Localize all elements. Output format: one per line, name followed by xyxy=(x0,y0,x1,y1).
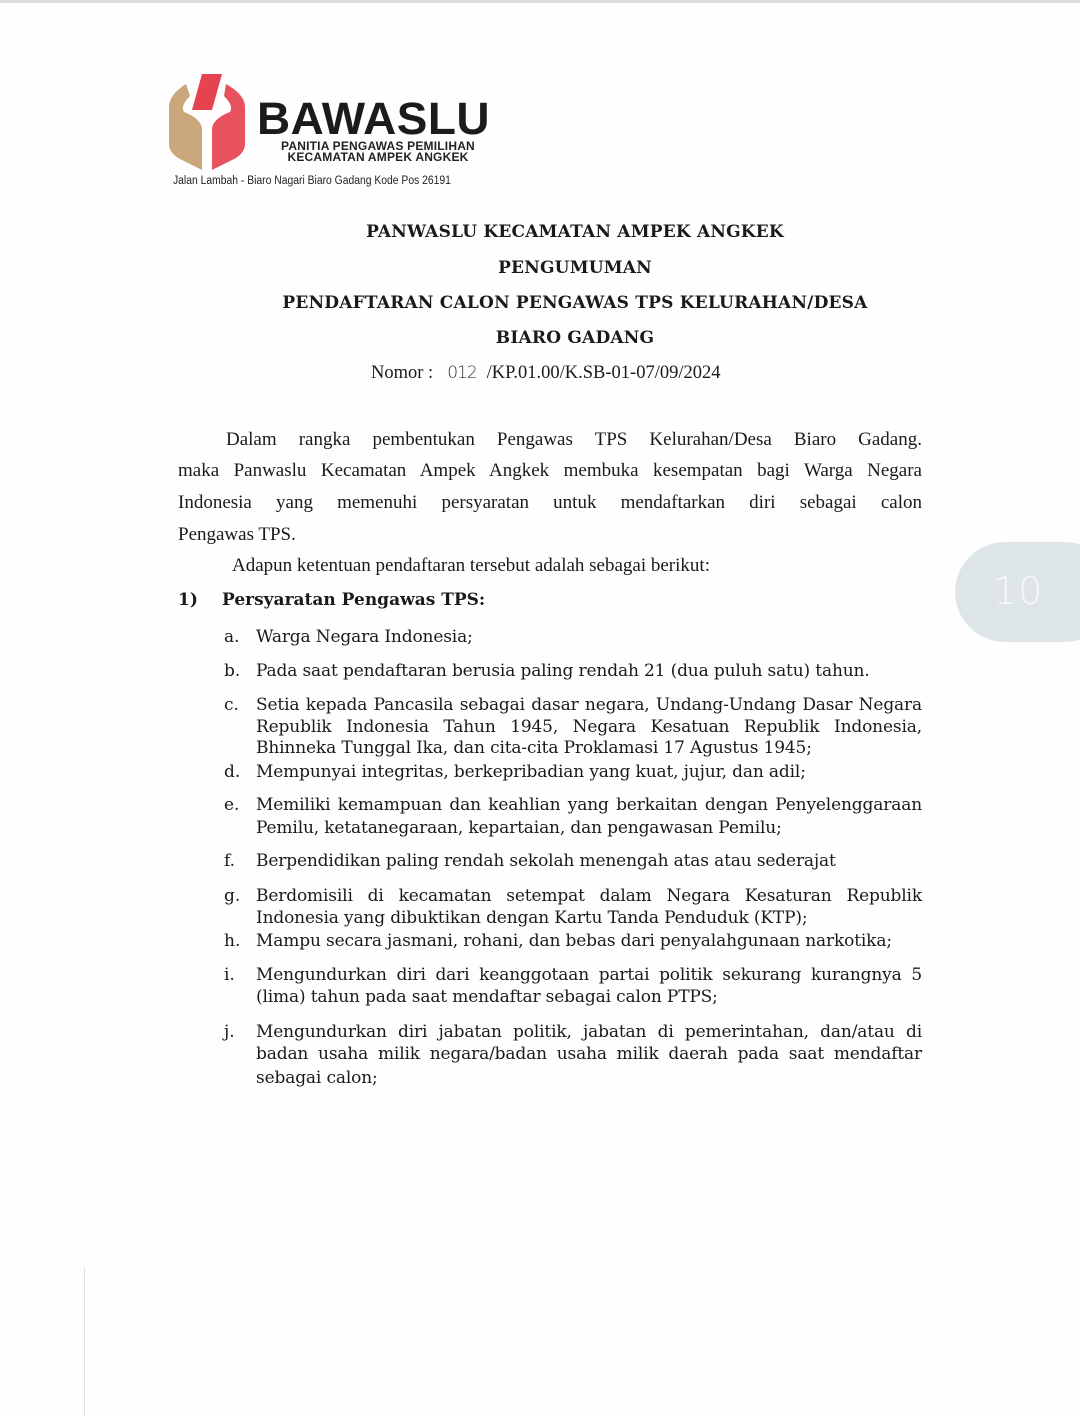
item-letter: d. xyxy=(224,761,240,783)
nomor-value: /KP.01.00/K.SB-01-07/09/2024 xyxy=(487,363,721,383)
paragraph-line: Pengawas TPS. xyxy=(178,524,922,546)
title-org: PANWASLU KECAMATAN AMPEK ANGKEK xyxy=(200,222,950,242)
title-announcement: PENGUMUMAN xyxy=(200,258,950,278)
section-title: Persyaratan Pengawas TPS: xyxy=(222,590,485,610)
requirement-item-line: Berpendidikan paling rendah sekolah mene… xyxy=(256,850,922,872)
paragraph-line: Dalam rangka pembentukan Pengawas TPS Ke… xyxy=(226,429,922,451)
paragraph-line: maka Panwaslu Kecamatan Ampek Angkek mem… xyxy=(178,460,922,482)
title-subject: PENDAFTARAN CALON PENGAWAS TPS KELURAHAN… xyxy=(200,293,950,313)
item-letter: j. xyxy=(224,1021,235,1043)
address: Jalan Lambah - Biaro Nagari Biaro Gadang… xyxy=(173,175,451,187)
title-location: BIARO GADANG xyxy=(200,328,950,348)
requirement-item-line: Indonesia yang dibuktikan dengan Kartu T… xyxy=(256,907,922,929)
requirement-item-line: Setia kepada Pancasila sebagai dasar neg… xyxy=(256,694,922,716)
bawaslu-logo-icon xyxy=(166,72,248,170)
requirement-item-line: Berdomisili di kecamatan setempat dalam … xyxy=(256,885,922,907)
requirement-item-line: Mengundurkan diri dari keanggotaan parta… xyxy=(256,964,922,986)
requirement-item-line: badan usaha milik negara/badan usaha mil… xyxy=(256,1043,922,1065)
requirement-item-line: Pemilu, ketatanegaraan, kepartaian, dan … xyxy=(256,817,922,839)
paragraph-intro: Adapun ketentuan pendaftaran tersebut ad… xyxy=(232,555,928,577)
requirement-item-line: Memiliki kemampuan dan keahlian yang ber… xyxy=(256,794,922,816)
item-letter: h. xyxy=(224,930,240,952)
brand-name: BAWASLU xyxy=(257,96,490,142)
requirement-item-line: Bhinneka Tunggal Ika, dan cita-cita Prok… xyxy=(256,737,922,759)
requirement-item-line: Mengundurkan diri jabatan politik, jabat… xyxy=(256,1021,922,1043)
document-number: Nomor :012/KP.01.00/K.SB-01-07/09/2024 xyxy=(371,363,720,384)
viewer-top-edge xyxy=(0,0,1080,3)
paragraph-line: Indonesia yang memenuhi persyaratan untu… xyxy=(178,492,922,514)
page-number-badge: 10 xyxy=(955,542,1080,642)
item-letter: a. xyxy=(224,626,240,648)
item-letter: b. xyxy=(224,660,240,682)
item-letter: f. xyxy=(224,850,235,872)
scan-edge-line xyxy=(84,1268,85,1416)
section-number: 1) xyxy=(178,590,198,610)
item-letter: g. xyxy=(224,885,240,907)
requirement-item-line: Mampu secara jasmani, rohani, dan bebas … xyxy=(256,930,922,952)
requirement-item-line: Republik Indonesia Tahun 1945, Negara Ke… xyxy=(256,716,922,738)
requirement-item-line: Pada saat pendaftaran berusia paling ren… xyxy=(256,660,922,682)
requirement-item-line: Mempunyai integritas, berkepribadian yan… xyxy=(256,761,922,783)
page-number: 10 xyxy=(993,569,1043,613)
item-letter: i. xyxy=(224,964,235,986)
nomor-label: Nomor : xyxy=(371,363,433,383)
item-letter: c. xyxy=(224,694,239,716)
requirement-item-line: sebagai calon; xyxy=(256,1067,922,1089)
nomor-handwritten: 012 xyxy=(447,363,476,383)
brand-subtitle-2: KECAMATAN AMPEK ANGKEK xyxy=(258,152,498,163)
requirement-item-line: (lima) tahun pada saat mendaftar sebagai… xyxy=(256,986,922,1008)
item-letter: e. xyxy=(224,794,239,816)
requirement-item-line: Warga Negara Indonesia; xyxy=(256,626,922,648)
